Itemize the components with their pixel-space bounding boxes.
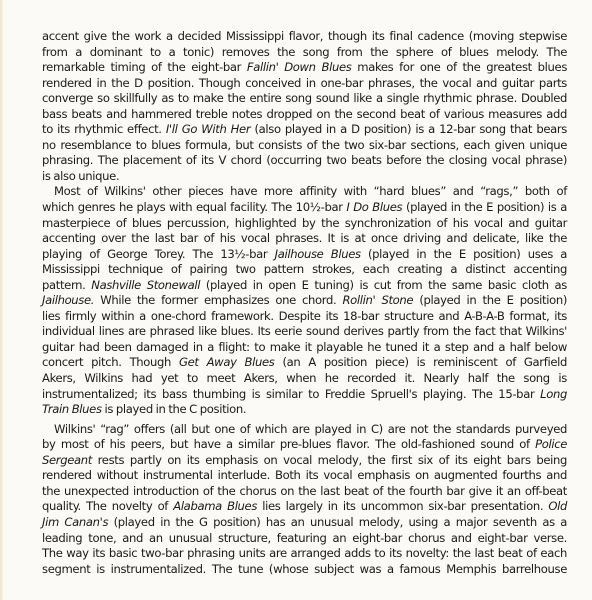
text-run: converge so skillfully as to make the en… (42, 91, 567, 105)
text-run: Akers, Wilkins had yet to meet Akers, wh… (42, 371, 567, 385)
text-run: to its rhythmic effect. (42, 122, 166, 136)
text-line: by most of his peers, but have a similar… (42, 437, 567, 453)
text-run: (played in the E position) uses a (361, 247, 567, 261)
text-run: leading tone, and an unusual structure, … (42, 531, 567, 545)
text-run: which genres he plays with equal facilit… (42, 200, 346, 214)
text-run: (an A position piece) is reminiscent of … (275, 355, 567, 369)
text-line: phrasing. The placement of its V chord (… (42, 153, 567, 169)
song-title: Rollin' Stone (342, 293, 413, 307)
text-line: Most of Wilkins' other pieces have more … (42, 184, 567, 200)
text-run: bass beats and hammered treble notes dro… (42, 107, 567, 121)
paragraph: accent give the work a decided Mississip… (42, 29, 567, 184)
text-line: individual lines are phrased like blues.… (42, 324, 567, 340)
text-run: individual lines are phrased like blues.… (42, 324, 567, 338)
text-line: no resemblance to blues formula, but con… (42, 138, 567, 154)
text-line: from a dominant to a tonic) removes the … (42, 45, 567, 61)
text-line: playing of George Torey. The 13½-bar Jai… (42, 247, 567, 263)
document-page: accent give the work a decided Mississip… (42, 29, 567, 577)
text-line: instrumentalized; its bass thumbing is s… (42, 387, 567, 403)
text-run: (played in the E position) (413, 293, 567, 307)
text-run: the unexpected introduction of the choru… (42, 484, 567, 498)
text-run: makes for one of the greatest blues (351, 60, 567, 74)
song-title: Jailhouse. (42, 293, 94, 307)
text-line: Sergeant rests partly on its emphasis on… (42, 453, 567, 469)
song-title: Long (540, 387, 567, 401)
song-title: Old (548, 499, 567, 513)
text-line: guitar had been damaged in a flight: to … (42, 340, 567, 356)
text-run: remarkable timing of the eight-bar (42, 60, 247, 74)
text-run: rendered in the D position. Though conce… (42, 76, 567, 90)
text-run: by most of his peers, but have a similar… (42, 437, 535, 451)
text-line: converge so skillfully as to make the en… (42, 91, 567, 107)
text-run: from a dominant to a tonic) removes the … (42, 45, 567, 59)
text-run: (played in the G position) has an unusua… (108, 515, 567, 529)
text-line: Wilkins' “rag” offers (all but one of wh… (42, 422, 567, 438)
text-line: concert pitch. Though Get Away Blues (an… (42, 355, 567, 371)
text-run: no resemblance to blues formula, but con… (42, 138, 567, 152)
text-run: The way its basic two-bar phrasing units… (42, 546, 567, 560)
text-run: lies largely in its uncommon six-bar pre… (257, 499, 548, 513)
text-run: (also played in a D position) is a 12-ba… (250, 122, 567, 136)
text-line: lies firmly within a one-chord framework… (42, 309, 567, 325)
text-line: Jim Canan's (played in the G position) h… (42, 515, 567, 531)
text-line: accent give the work a decided Mississip… (42, 29, 567, 45)
text-line: Mississippi technique of pairing two pat… (42, 262, 567, 278)
paragraph: Most of Wilkins' other pieces have more … (42, 184, 567, 417)
song-title: Get Away Blues (179, 355, 274, 369)
song-title: Jailhouse Blues (275, 247, 361, 261)
text-line: quality. The novelty of Alabama Blues li… (42, 499, 567, 515)
scan-edge (0, 0, 3, 600)
text-line: Akers, Wilkins had yet to meet Akers, wh… (42, 371, 567, 387)
text-run: masterpiece of blues percussion, highlig… (42, 216, 567, 230)
text-run: Most of Wilkins' other pieces have more … (54, 184, 567, 198)
text-run: accenting over the last bar of his vocal… (42, 231, 567, 245)
text-run: rendered without instrumental interlude.… (42, 468, 567, 482)
text-line: The way its basic two-bar phrasing units… (42, 546, 567, 562)
text-line: leading tone, and an unusual structure, … (42, 531, 567, 547)
text-run: Mississippi technique of pairing two pat… (42, 262, 567, 276)
text-run: concert pitch. Though (42, 355, 179, 369)
song-title: Alabama Blues (173, 499, 257, 513)
text-run: playing of George Torey. The 13½-bar (42, 247, 275, 261)
text-run: guitar had been damaged in a flight: to … (42, 340, 567, 354)
text-run: rests partly on its emphasis on vocal me… (92, 453, 567, 467)
text-line: the unexpected introduction of the choru… (42, 484, 567, 500)
text-line: masterpiece of blues percussion, highlig… (42, 216, 567, 232)
song-title: Nashville Stonewall (91, 278, 200, 292)
text-line: to its rhythmic effect. I'll Go With Her… (42, 122, 567, 138)
text-line: rendered in the D position. Though conce… (42, 76, 567, 92)
song-title: Sergeant (42, 453, 92, 467)
paragraph: Wilkins' “rag” offers (all but one of wh… (42, 422, 567, 577)
text-run: instrumentalized; its bass thumbing is s… (42, 387, 540, 401)
text-run: quality. The novelty of (42, 499, 173, 513)
song-title: I Do Blues (346, 200, 402, 214)
text-run: is also unique. (42, 169, 119, 183)
text-run: segment is instrumentalized. The tune (w… (42, 562, 567, 576)
text-run: (played in the E position) is a (402, 200, 567, 214)
text-line: bass beats and hammered treble notes dro… (42, 107, 567, 123)
text-line: which genres he plays with equal facilit… (42, 200, 567, 216)
text-line: is also unique. (42, 169, 567, 185)
text-run: Wilkins' “rag” offers (all but one of wh… (54, 422, 567, 436)
text-line: segment is instrumentalized. The tune (w… (42, 562, 567, 578)
text-run: (played in open E tuning) is cut from th… (200, 278, 567, 292)
text-run: lies firmly within a one-chord framework… (42, 309, 567, 323)
song-title: I'll Go With Her (166, 122, 250, 136)
song-title: Jim Canan's (42, 515, 108, 529)
song-title: Train Blues (42, 402, 102, 416)
text-line: accenting over the last bar of his vocal… (42, 231, 567, 247)
text-run: accent give the work a decided Mississip… (42, 29, 567, 43)
text-line: pattern. Nashville Stonewall (played in … (42, 278, 567, 294)
text-run: phrasing. The placement of its V chord (… (42, 153, 567, 167)
text-run: is played in the C position. (102, 402, 247, 416)
song-title: Police (535, 437, 567, 451)
text-run: While the former emphasizes one chord. (94, 293, 342, 307)
text-line: Train Blues is played in the C position. (42, 402, 567, 418)
text-line: rendered without instrumental interlude.… (42, 468, 567, 484)
text-line: remarkable timing of the eight-bar Falli… (42, 60, 567, 76)
text-run: pattern. (42, 278, 91, 292)
text-line: Jailhouse. While the former emphasizes o… (42, 293, 567, 309)
song-title: Fallin' Down Blues (247, 60, 352, 74)
